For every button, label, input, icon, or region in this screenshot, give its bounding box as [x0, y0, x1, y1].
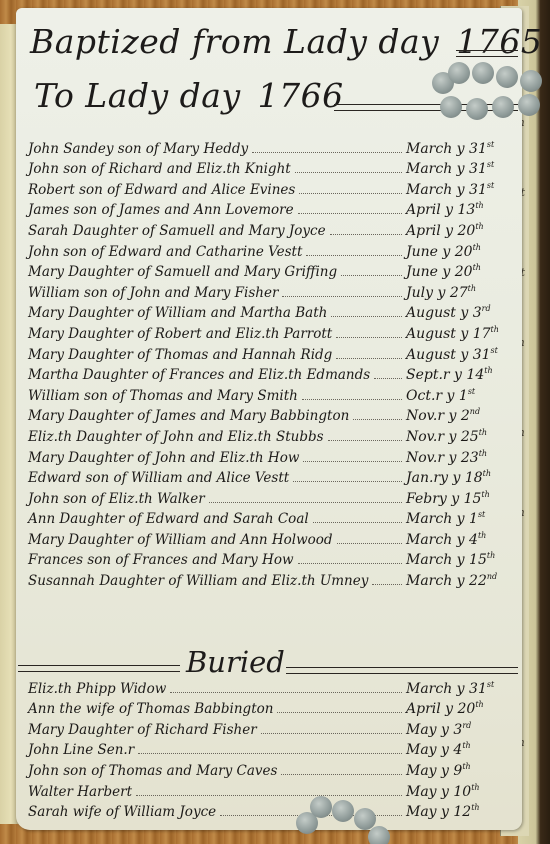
burial-list: Eliz.th Phipp WidowMarch y 31st Ann the … — [28, 676, 518, 820]
entry-date: May y 12th — [406, 803, 518, 820]
dotted-leader — [293, 481, 402, 482]
entry-date: April y 13th — [406, 201, 518, 218]
baptism-entry: James son of James and Ann LovemoreApril… — [28, 198, 518, 219]
baptism-entry: Mary Daughter of John and Eliz.th HowNov… — [28, 445, 518, 466]
dotted-leader — [136, 795, 402, 796]
entry-date: Nov.r y 25th — [406, 428, 518, 445]
entry-date: April y 20th — [406, 222, 518, 239]
cord-knot — [518, 94, 540, 116]
dotted-leader — [170, 692, 402, 693]
dotted-leader — [277, 712, 402, 713]
entry-date: August y 17th — [406, 325, 518, 342]
dotted-leader — [306, 255, 402, 256]
dotted-leader — [353, 419, 402, 420]
baptism-entry: Mary Daughter of Robert and Eliz.th Parr… — [28, 321, 518, 342]
cord-knot — [496, 66, 518, 88]
entry-date: May y 9th — [406, 762, 518, 779]
dotted-leader — [341, 275, 402, 276]
cord-knot — [492, 96, 514, 118]
entry-date: March y 22nd — [406, 572, 518, 589]
baptism-entry: Frances son of Frances and Mary HowMarch… — [28, 548, 518, 569]
heading-line-2: To Lady day 1766 — [34, 76, 344, 115]
baptism-entry: Robert son of Edward and Alice EvinesMar… — [28, 177, 518, 198]
dotted-leader — [298, 563, 403, 564]
dotted-leader — [282, 296, 402, 297]
baptism-entry: Mary Daughter of Thomas and Hannah RidgA… — [28, 342, 518, 363]
baptism-entry: John son of Eliz.th WalkerFebry y 15th — [28, 486, 518, 507]
buried-heading-label: Buried — [186, 645, 285, 679]
dotted-leader — [328, 440, 402, 441]
baptism-entry: Eliz.th Daughter of John and Eliz.th Stu… — [28, 424, 518, 445]
entry-date: May y 3rd — [406, 721, 518, 738]
dotted-leader — [261, 733, 402, 734]
baptism-entry: Mary Daughter of James and Mary Babbingt… — [28, 404, 518, 425]
dotted-leader — [295, 172, 402, 173]
baptism-entry: Sarah Daughter of Samuell and Mary Joyce… — [28, 218, 518, 239]
entry-date: March y 15th — [406, 551, 518, 568]
burial-entry: Ann the wife of Thomas BabbingtonApril y… — [28, 697, 518, 718]
entry-date: June y 20th — [406, 263, 518, 280]
cord-knot — [440, 96, 462, 118]
dotted-leader — [299, 193, 402, 194]
dotted-leader — [209, 502, 402, 503]
entry-date: August y 31st — [406, 346, 518, 363]
entry-date: June y 20th — [406, 243, 518, 260]
entry-date: April y 20th — [406, 700, 518, 717]
dotted-leader — [337, 543, 402, 544]
cord-knot — [368, 826, 390, 844]
baptism-entry: John Sandey son of Mary HeddyMarch y 31s… — [28, 136, 518, 157]
baptism-entry: Edward son of William and Alice VesttJan… — [28, 466, 518, 487]
entry-date: March y 31st — [406, 160, 518, 177]
dotted-leader — [336, 358, 402, 359]
baptism-entry: William son of John and Mary FisherJuly … — [28, 280, 518, 301]
entry-date: May y 10th — [406, 783, 518, 800]
baptism-entry: John son of Richard and Eliz.th KnightMa… — [28, 157, 518, 178]
burial-entry: Walter HarbertMay y 10th — [28, 779, 518, 800]
dotted-leader — [331, 316, 402, 317]
entry-date: July y 27th — [406, 284, 518, 301]
baptism-entry: John son of Edward and Catharine VesttJu… — [28, 239, 518, 260]
baptism-entry: Mary Daughter of Samuell and Mary Griffi… — [28, 260, 518, 281]
burial-entry: John Line Sen.rMay y 4th — [28, 738, 518, 759]
dotted-leader — [298, 213, 402, 214]
entry-date: May y 4th — [406, 741, 518, 758]
buried-rule-right — [286, 667, 518, 674]
baptism-entry: William son of Thomas and Mary SmithOct.… — [28, 383, 518, 404]
dotted-leader — [252, 152, 402, 153]
entry-date: March y 1st — [406, 510, 518, 527]
dotted-leader — [281, 774, 402, 775]
burial-entry: Sarah wife of William JoyceMay y 12th — [28, 800, 518, 821]
baptism-entry: Mary Daughter of William and Martha Bath… — [28, 301, 518, 322]
entry-date: Jan.ry y 18th — [406, 469, 518, 486]
dotted-leader — [330, 234, 402, 235]
entry-date: Sept.r y 14th — [406, 366, 518, 383]
dotted-leader — [372, 584, 402, 585]
baptism-entry: Susannah Daughter of William and Eliz.th… — [28, 568, 518, 589]
baptism-list: John Sandey son of Mary HeddyMarch y 31s… — [28, 136, 518, 589]
dotted-leader — [313, 522, 402, 523]
cord-knot — [448, 62, 470, 84]
cord-knot — [466, 98, 488, 120]
cord-knot — [472, 62, 494, 84]
heading-text-1: Baptized from Lady day — [30, 22, 439, 61]
entry-date: March y 31st — [406, 680, 518, 697]
heading-text-2: To Lady day — [34, 76, 241, 115]
entry-date: Febry y 15th — [406, 490, 518, 507]
dotted-leader — [302, 399, 402, 400]
heading-rule-1 — [456, 50, 518, 57]
register-page: Baptized from Lady day 1765 To Lady day … — [16, 8, 522, 830]
cord-knot — [310, 796, 332, 818]
baptism-entry: Martha Daughter of Frances and Eliz.th E… — [28, 363, 518, 384]
cord-knot — [520, 70, 542, 92]
entry-date: March y 31st — [406, 181, 518, 198]
entry-date: August y 3rd — [406, 304, 518, 321]
entry-date: Nov.r y 23th — [406, 449, 518, 466]
dotted-leader — [138, 753, 402, 754]
dotted-leader — [336, 337, 402, 338]
heading-rule-2 — [334, 104, 518, 111]
baptism-entry: Mary Daughter of William and Ann Holwood… — [28, 527, 518, 548]
entry-date: Nov.r y 2nd — [406, 407, 518, 424]
burial-entry: Mary Daughter of Richard FisherMay y 3rd — [28, 717, 518, 738]
burial-entry: John son of Thomas and Mary CavesMay y 9… — [28, 758, 518, 779]
dotted-leader — [303, 461, 402, 462]
burial-entry: Eliz.th Phipp WidowMarch y 31st — [28, 676, 518, 697]
heading-year-2: 1766 — [258, 76, 344, 115]
entry-date: March y 31st — [406, 140, 518, 157]
entry-date: Oct.r y 1st — [406, 387, 518, 404]
entry-date: March y 4th — [406, 531, 518, 548]
baptism-entry: Ann Daughter of Edward and Sarah CoalMar… — [28, 507, 518, 528]
cord-knot — [332, 800, 354, 822]
dotted-leader — [374, 378, 402, 379]
buried-rule-left — [18, 665, 180, 672]
